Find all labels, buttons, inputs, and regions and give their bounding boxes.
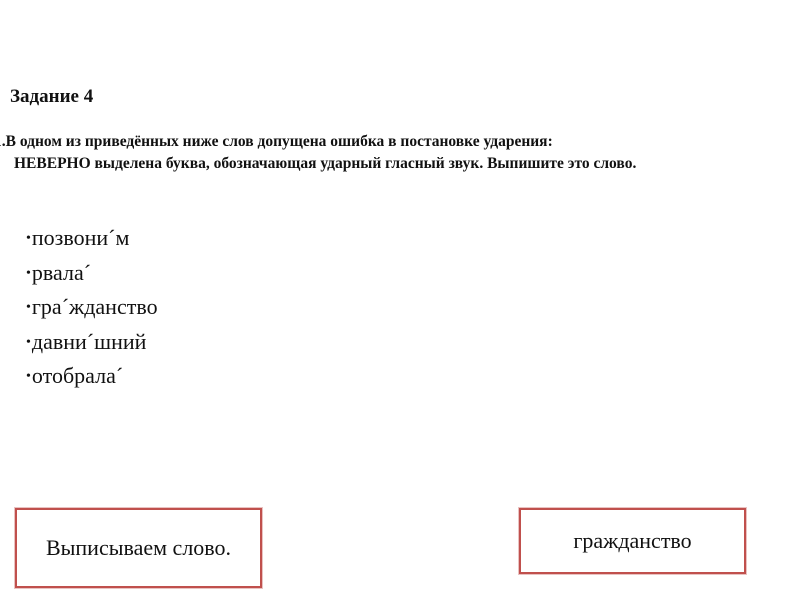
word-option-text: позвони´м — [32, 225, 130, 250]
answer-text: гражданство — [573, 528, 691, 554]
word-option-text: рвала´ — [32, 260, 91, 285]
question-line-2: НЕВЕРНО выделена буква, обозначающая уда… — [0, 153, 636, 175]
task-question: 1.В одном из приведённых ниже слов допущ… — [0, 131, 636, 175]
word-options-list: •позвони´м •рвала´ •гра´жданство •давни´… — [26, 221, 158, 394]
instruction-text: Выписываем слово. — [46, 535, 231, 561]
answer-box[interactable]: гражданство — [519, 508, 746, 574]
task-title: Задание 4 — [10, 86, 93, 108]
word-option: •рвала´ — [26, 256, 158, 291]
question-line-1: 1.В одном из приведённых ниже слов допущ… — [0, 131, 636, 153]
word-option-text: гра´жданство — [32, 294, 158, 319]
word-option: •отобрала´ — [26, 359, 158, 394]
bullet-icon: • — [26, 369, 31, 384]
word-option-text: давни´шний — [32, 329, 146, 354]
bullet-icon: • — [26, 335, 31, 350]
word-option: •позвони´м — [26, 221, 158, 256]
word-option-text: отобрала´ — [32, 363, 123, 388]
word-option: •давни´шний — [26, 325, 158, 360]
instruction-box[interactable]: Выписываем слово. — [15, 508, 262, 588]
bullet-icon: • — [26, 300, 31, 315]
bullet-icon: • — [26, 266, 31, 281]
word-option: •гра´жданство — [26, 290, 158, 325]
bullet-icon: • — [26, 231, 31, 246]
